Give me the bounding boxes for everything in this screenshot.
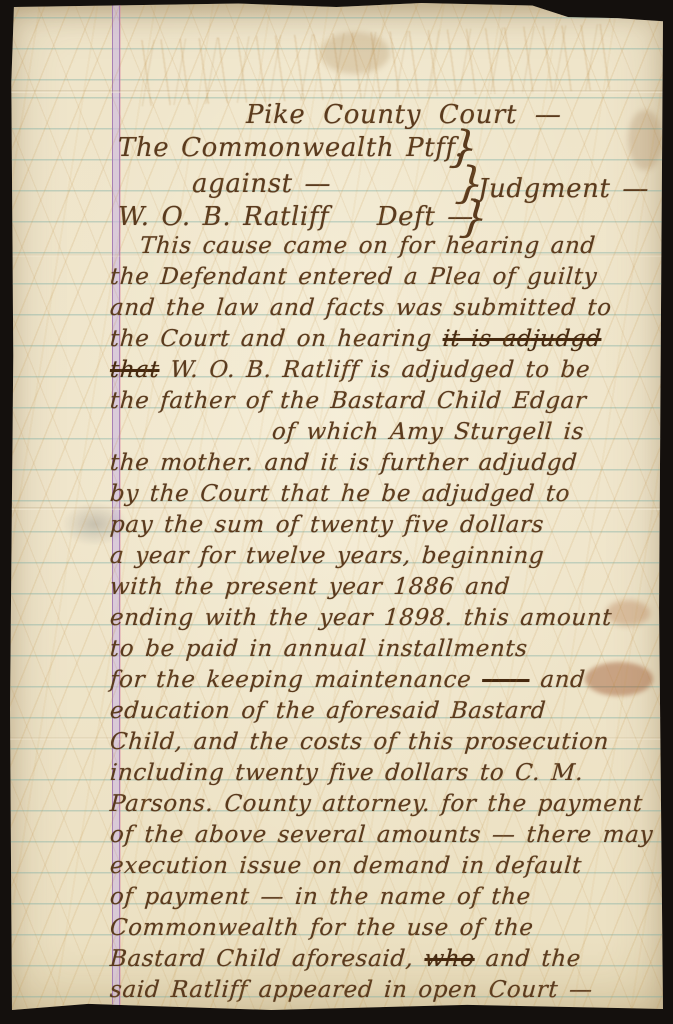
text-segment: and (529, 667, 587, 693)
ink-stain (320, 32, 390, 74)
text-segment: a year for twelve years, beginning (109, 543, 545, 569)
text-segment: and the (474, 946, 582, 972)
body-text: This cause came on for hearing andthe De… (110, 231, 663, 1006)
bleed-through-ghost-writing (139, 24, 611, 106)
handwritten-line: said Ratliff appeared in open Court — (109, 975, 664, 1006)
handwritten-line: education of the aforesaid Bastard (109, 696, 664, 727)
text-segment: pay the sum of twenty five dollars (109, 512, 545, 538)
header-defendant: W. O. B. Ratliff Deft — (118, 202, 486, 232)
text-segment: the Court and on hearing (109, 326, 443, 352)
handwritten-line: ending with the year 1898. this amount (109, 603, 664, 634)
text-segment: said Ratliff appeared in open Court — (109, 977, 593, 1003)
handwritten-line: Parsons. County attorney. for the paymen… (109, 789, 664, 820)
text-segment: to be paid in annual installments (109, 636, 528, 662)
handwritten-line: Bastard Child aforesaid, who and the (109, 944, 664, 975)
text-segment: This cause came on for hearing and (139, 233, 597, 259)
document-page: Pike County Court — The Commonwealth Ptf… (10, 2, 663, 1012)
text-segment: execution issue on demand in default (109, 853, 583, 879)
handwritten-line: including twenty five dollars to C. M. (109, 758, 664, 789)
text-segment: of which Amy Sturgell is (271, 419, 585, 445)
text-segment: ending with the year 1898. this amount (109, 605, 613, 631)
handwritten-line: pay the sum of twenty five dollars (109, 510, 664, 541)
text-segment: Parsons. County attorney. for the paymen… (109, 791, 644, 817)
struck-text-segment: who (424, 946, 476, 972)
text-segment: education of the aforesaid Bastard (109, 698, 547, 724)
handwritten-line: a year for twelve years, beginning (109, 541, 664, 572)
handwritten-line: Commonwealth for the use of the (109, 913, 664, 944)
text-segment: the mother. and it is further adjudgd (109, 450, 578, 476)
handwritten-line: with the present year 1886 and (109, 572, 664, 603)
handwritten-line: of which Amy Sturgell is (109, 417, 664, 448)
text-segment: including twenty five dollars to C. M. (109, 760, 584, 786)
header-judgment-label: Judgment — (478, 174, 649, 204)
handwritten-line: that W. O. B. Ratliff is adjudged to be (109, 355, 664, 386)
text-segment: the father of the Bastard Child Edgar (109, 388, 587, 414)
fold-crease (10, 90, 663, 93)
text-segment: for the keeping maintenance (109, 667, 483, 693)
text-segment: Child, and the costs of this prosecution (109, 729, 610, 755)
handwritten-line: This cause came on for hearing and (109, 231, 664, 262)
text-segment: with the present year 1886 and (109, 574, 511, 600)
handwritten-line: the Court and on hearing it is adjudgd (109, 324, 664, 355)
handwritten-line: of the above several amounts — there may (109, 820, 664, 851)
header-court-name: Pike County Court — (246, 100, 562, 130)
text-segment: and the law and facts was submitted to (109, 295, 612, 321)
handwritten-line: by the Court that he be adjudged to (109, 479, 664, 510)
ink-stain (628, 110, 662, 170)
handwritten-line: execution issue on demand in default (109, 851, 664, 882)
struck-text-segment: that (109, 357, 160, 383)
text-segment: by the Court that he be adjudged to (109, 481, 571, 507)
text-segment: of payment — in the name of the (109, 884, 532, 910)
text-segment: W. O. B. Ratliff is adjudged to be (159, 357, 592, 383)
text-segment: Bastard Child aforesaid, (109, 946, 425, 972)
handwritten-line: of payment — in the name of the (109, 882, 664, 913)
struck-text-segment: it is adjudgd (442, 326, 603, 352)
handwritten-line: the Defendant entered a Plea of guilty (109, 262, 664, 293)
text-segment: Commonwealth for the use of the (109, 915, 534, 941)
handwritten-line: and the law and facts was submitted to (109, 293, 664, 324)
handwritten-line: the mother. and it is further adjudgd (109, 448, 664, 479)
header-plaintiff: The Commonwealth Ptff. (118, 133, 464, 163)
scanned-document: Pike County Court — The Commonwealth Ptf… (0, 0, 673, 1024)
handwritten-line: to be paid in annual installments (109, 634, 664, 665)
text-segment: the Defendant entered a Plea of guilty (109, 264, 598, 290)
header-versus: against — (192, 169, 331, 199)
handwritten-line: the father of the Bastard Child Edgar (109, 386, 664, 417)
text-segment: of the above several amounts — there may (109, 822, 654, 848)
handwritten-line: Child, and the costs of this prosecution (109, 727, 664, 758)
struck-text-segment: —— (481, 667, 530, 693)
handwritten-line: for the keeping maintenance —— and (109, 665, 664, 696)
